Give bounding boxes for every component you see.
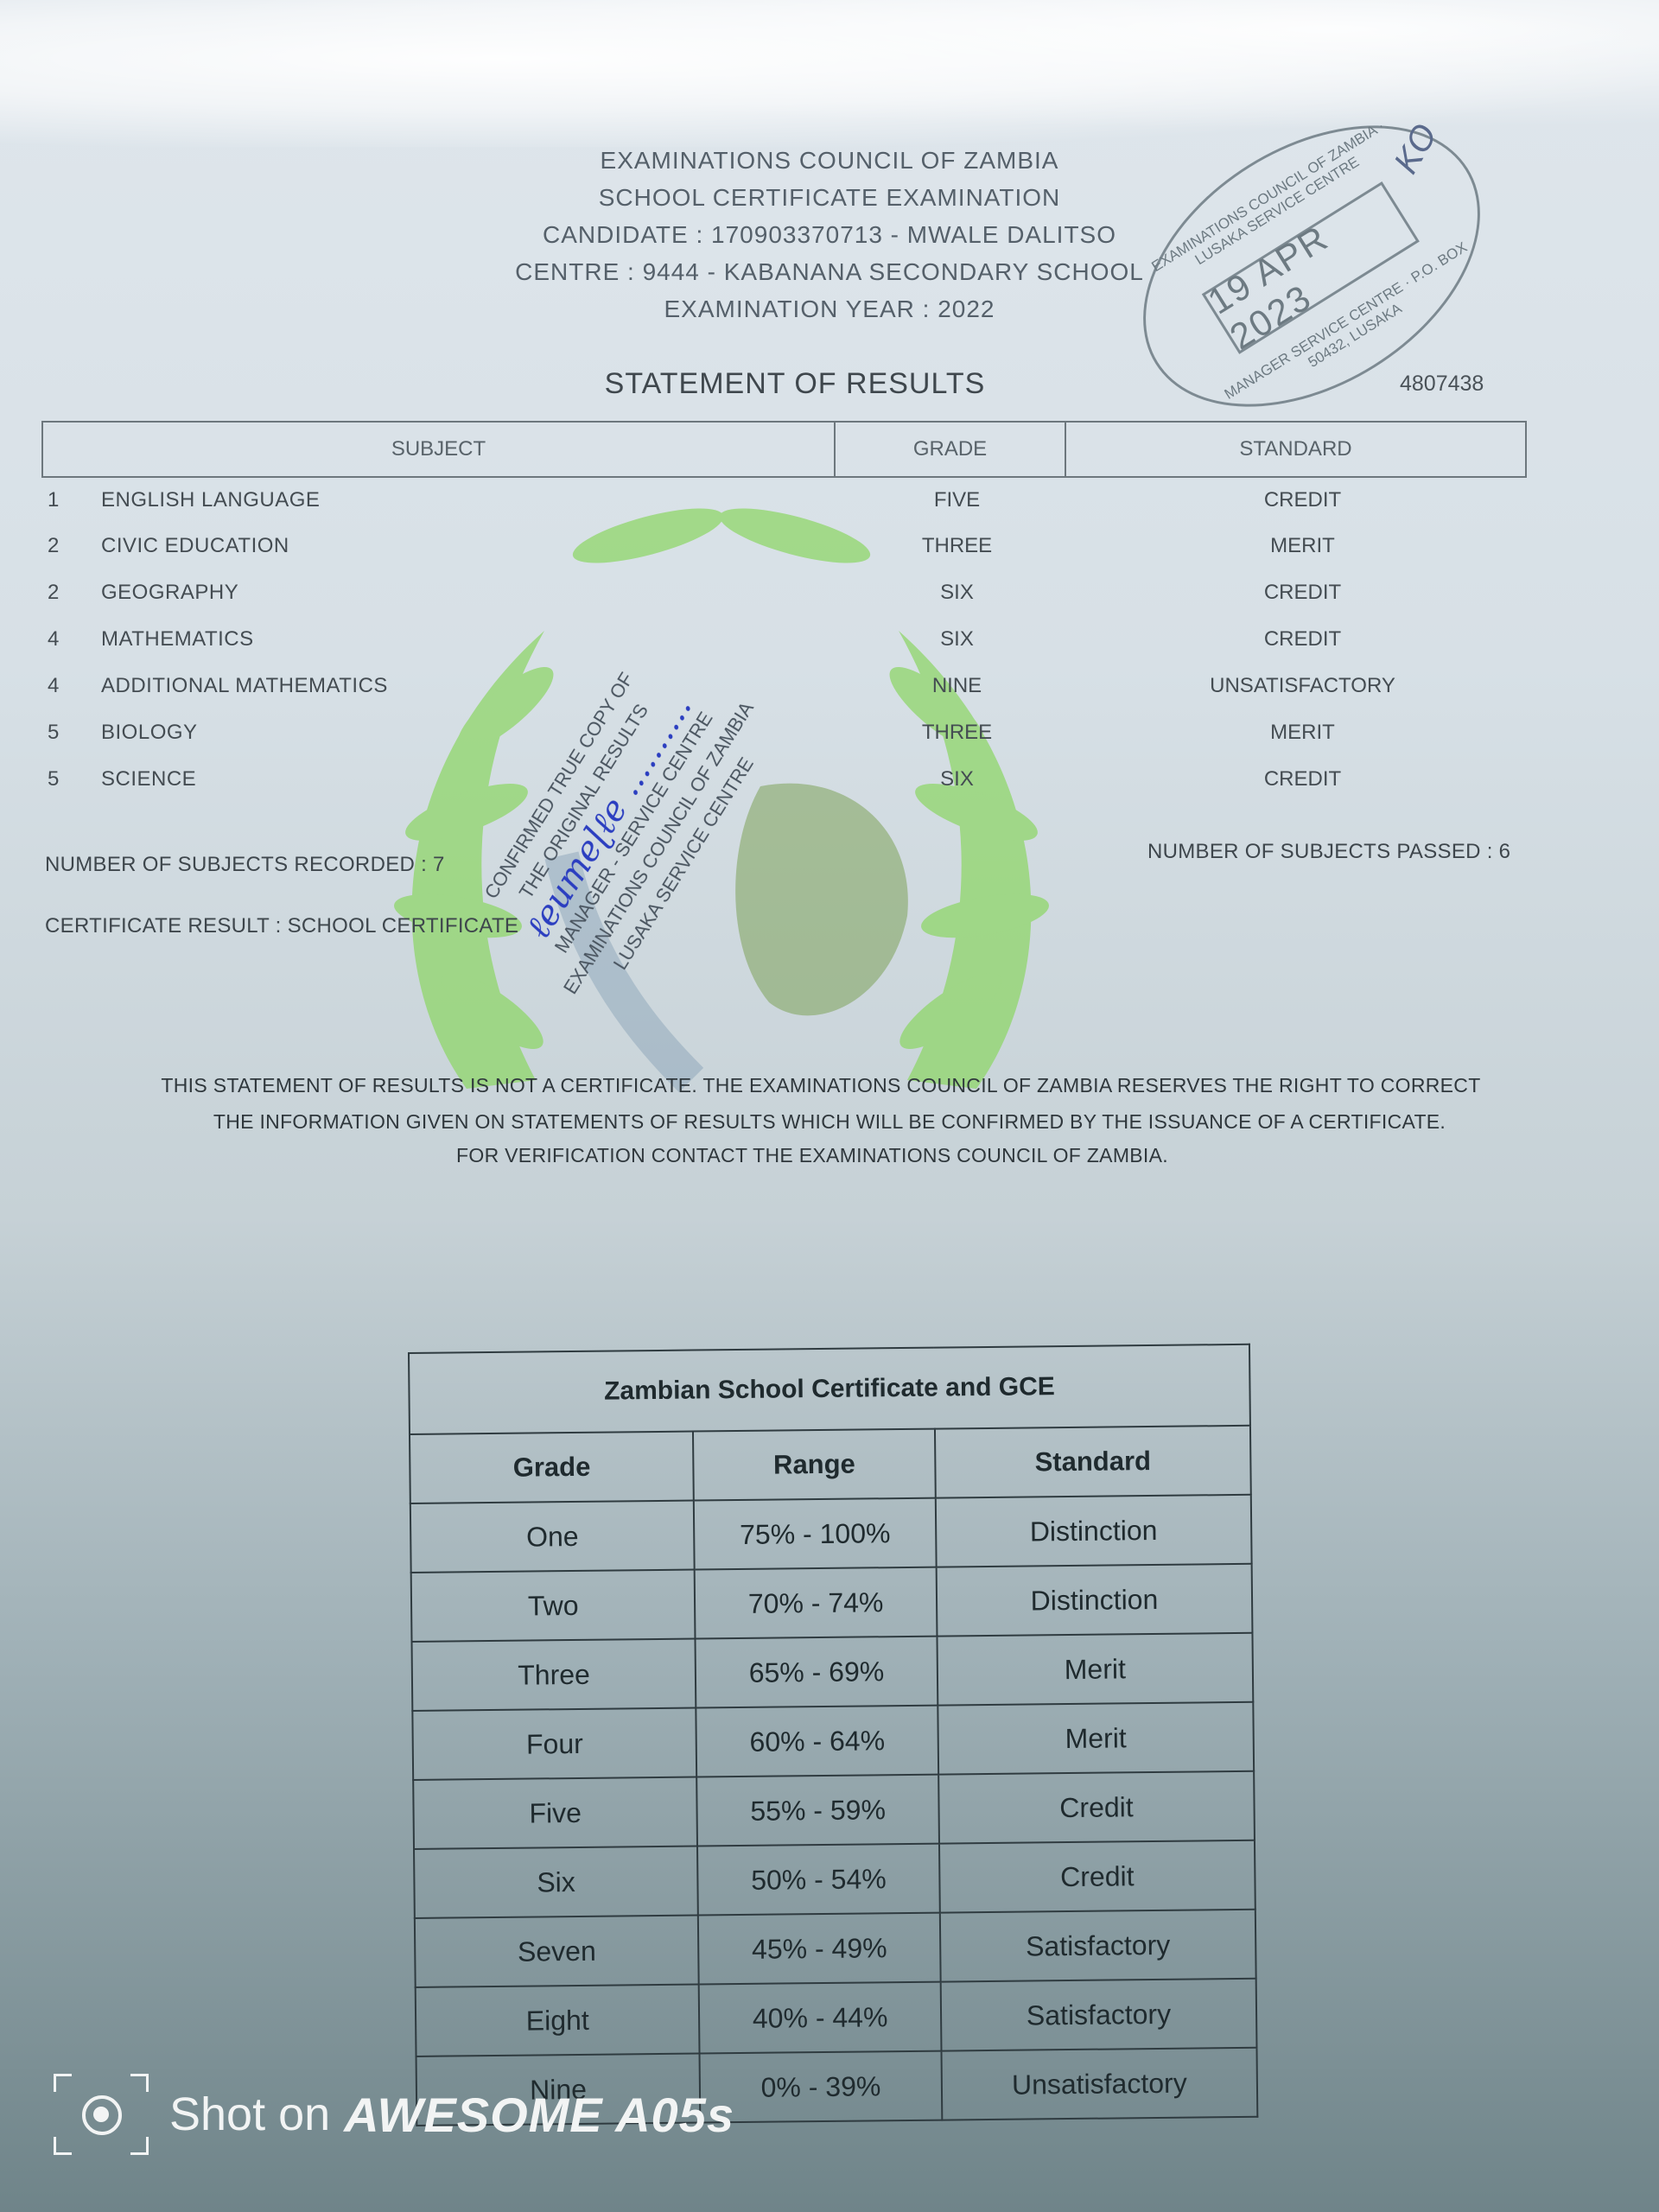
grading-key-row: One75% - 100%Distinction <box>410 1495 1252 1573</box>
subject-standard: UNSATISFACTORY <box>1071 674 1534 698</box>
key-grade: Two <box>411 1570 696 1642</box>
grading-key-row: Four60% - 64%Merit <box>412 1702 1254 1780</box>
result-row: 2GEOGRAPHYSIXCREDIT <box>48 581 1525 615</box>
grading-key-table: Zambian School Certificate and GCE Grade… <box>408 1344 1258 2126</box>
disclaimer-line-3: FOR VERIFICATION CONTACT THE EXAMINATION… <box>0 1144 1642 1167</box>
result-row: 4MATHEMATICSSIXCREDIT <box>48 627 1525 662</box>
subject-number: 4 <box>48 674 59 698</box>
header-subject: SUBJECT <box>43 423 836 476</box>
subject-standard: MERIT <box>1071 534 1534 558</box>
subject-name: ENGLISH LANGUAGE <box>101 488 320 512</box>
subjects-recorded: NUMBER OF SUBJECTS RECORDED : 7 <box>45 853 445 877</box>
key-range: 40% - 44% <box>699 1982 941 2054</box>
key-grade: Four <box>412 1708 696 1780</box>
camera-focus-icon <box>54 2067 149 2162</box>
subject-grade: SIX <box>842 627 1071 652</box>
subject-standard: MERIT <box>1071 721 1534 745</box>
subject-number: 5 <box>48 767 59 791</box>
key-standard: Satisfactory <box>941 1979 1257 2051</box>
key-standard: Credit <box>939 1840 1255 1913</box>
camera-watermark: Shot on AWESOME A05s <box>54 2067 734 2162</box>
subject-standard: CREDIT <box>1071 581 1534 605</box>
grading-key-row: Seven45% - 49%Satisfactory <box>415 1910 1256 1987</box>
key-range: 75% - 100% <box>694 1498 936 1570</box>
subject-standard: CREDIT <box>1071 488 1534 512</box>
key-standard: Merit <box>938 1702 1254 1775</box>
subject-standard: CREDIT <box>1071 767 1534 791</box>
key-header-standard: Standard <box>935 1426 1251 1498</box>
key-range: 70% - 74% <box>695 1567 937 1639</box>
subject-grade: SIX <box>842 581 1071 605</box>
subject-number: 2 <box>48 581 59 605</box>
result-row: 2CIVIC EDUCATIONTHREEMERIT <box>48 534 1525 569</box>
key-standard: Distinction <box>936 1495 1252 1567</box>
key-standard: Unsatisfactory <box>941 2048 1257 2120</box>
key-standard: Distinction <box>936 1564 1252 1637</box>
grading-key-title: Zambian School Certificate and GCE <box>409 1344 1250 1434</box>
key-standard: Satisfactory <box>940 1910 1256 1982</box>
key-range: 60% - 64% <box>696 1706 938 1777</box>
key-range: 55% - 59% <box>696 1775 938 1847</box>
subject-name: GEOGRAPHY <box>101 581 238 605</box>
disclaimer-line-1: THIS STATEMENT OF RESULTS IS NOT A CERTI… <box>0 1074 1650 1097</box>
header-standard: STANDARD <box>1066 423 1525 476</box>
key-grade: One <box>410 1501 695 1573</box>
results-table-header: SUBJECT GRADE STANDARD <box>41 421 1527 478</box>
key-grade: Three <box>412 1639 696 1711</box>
subjects-passed: NUMBER OF SUBJECTS PASSED : 6 <box>1147 840 1510 864</box>
grading-key-row: Six50% - 54%Credit <box>414 1840 1255 1918</box>
watermark-prefix: Shot on <box>169 2088 330 2141</box>
grading-key-row: Three65% - 69%Merit <box>412 1633 1254 1711</box>
subject-number: 4 <box>48 627 59 652</box>
disclaimer-line-2: THE INFORMATION GIVEN ON STATEMENTS OF R… <box>0 1110 1659 1134</box>
subject-name: CIVIC EDUCATION <box>101 534 289 558</box>
grading-key-row: Five55% - 59%Credit <box>413 1771 1255 1849</box>
key-grade: Five <box>413 1777 697 1849</box>
key-grade: Six <box>414 1847 698 1918</box>
result-row: 1ENGLISH LANGUAGEFIVECREDIT <box>48 488 1525 523</box>
subject-grade: NINE <box>842 674 1071 698</box>
key-range: 45% - 49% <box>698 1913 940 1985</box>
key-grade: Seven <box>415 1916 699 1987</box>
subject-name: SCIENCE <box>101 767 196 791</box>
subject-name: BIOLOGY <box>101 721 198 745</box>
subject-grade: THREE <box>842 721 1071 745</box>
subject-standard: CREDIT <box>1071 627 1534 652</box>
key-standard: Merit <box>937 1633 1253 1706</box>
subject-name: MATHEMATICS <box>101 627 254 652</box>
subject-grade: FIVE <box>842 488 1071 512</box>
subject-name: ADDITIONAL MATHEMATICS <box>101 674 388 698</box>
subject-number: 1 <box>48 488 59 512</box>
subject-grade: SIX <box>842 767 1071 791</box>
document-title: STATEMENT OF RESULTS <box>484 367 1106 401</box>
watermark-brand: AWESOME A05s <box>344 2087 734 2143</box>
key-header-range: Range <box>693 1429 935 1501</box>
key-standard: Credit <box>938 1771 1255 1844</box>
key-range: 50% - 54% <box>697 1844 939 1916</box>
grading-key-row: Eight40% - 44%Satisfactory <box>416 1979 1257 2056</box>
grading-key-row: Two70% - 74%Distinction <box>411 1564 1253 1642</box>
key-grade: Eight <box>416 1985 700 2056</box>
key-range: 65% - 69% <box>696 1637 938 1708</box>
reference-number: 4807438 <box>1400 372 1484 397</box>
key-header-grade: Grade <box>410 1432 694 1503</box>
header-grade: GRADE <box>836 423 1066 476</box>
subject-number: 5 <box>48 721 59 745</box>
subject-number: 2 <box>48 534 59 558</box>
key-range: 0% - 39% <box>700 2051 942 2123</box>
subject-grade: THREE <box>842 534 1071 558</box>
